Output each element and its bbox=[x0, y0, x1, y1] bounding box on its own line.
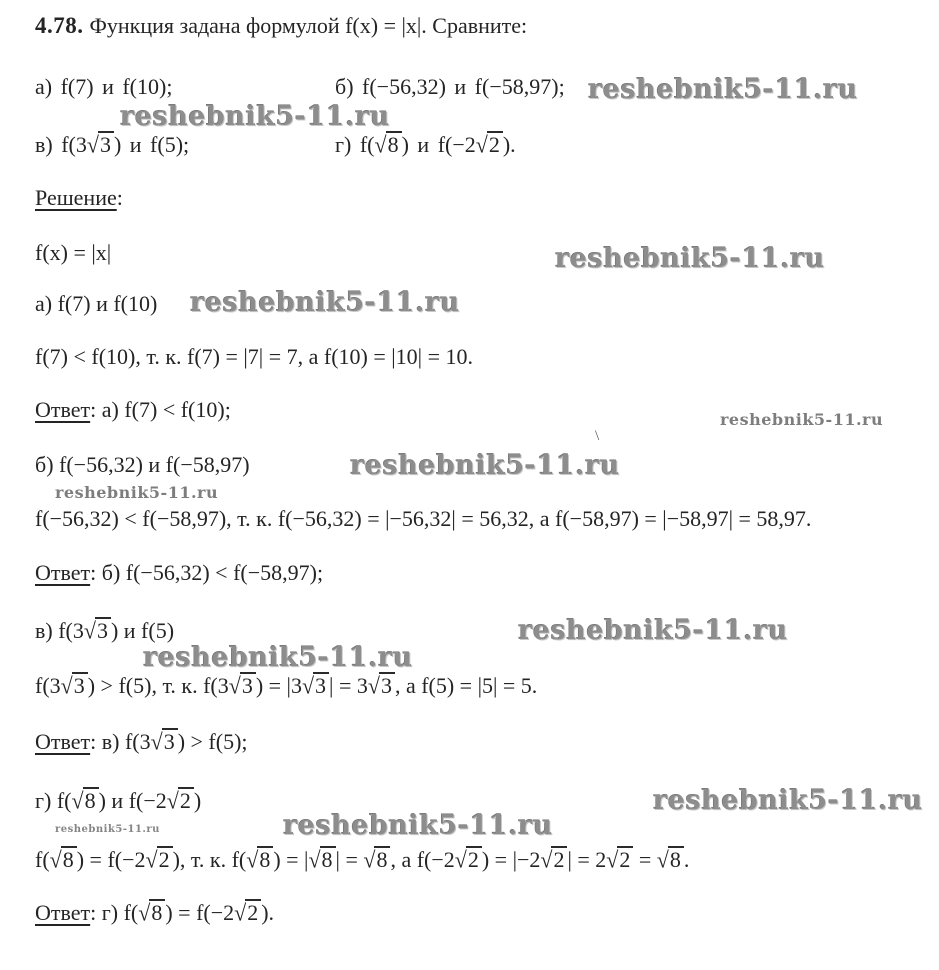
step-v-reasoning: f(3√3) > f(5), т. к. f(3√3) = |3√3| = 3√… bbox=[35, 672, 537, 699]
watermark-8: reshebnik5-11.ru bbox=[518, 615, 788, 646]
step-a-answer: Ответ: а) f(7) < f(10); bbox=[35, 397, 231, 423]
part-v-statement: в) f(3√3) и f(5); bbox=[35, 131, 189, 158]
part-b-statement: б) f(−56,32) и f(−58,97); bbox=[335, 74, 565, 100]
sqrt-expression: √3 bbox=[368, 672, 395, 699]
sqrt-expression: √3 bbox=[61, 672, 88, 699]
watermark-2: reshebnik5-11.ru bbox=[120, 101, 390, 132]
sqrt-expression: √3 bbox=[151, 728, 178, 755]
problem-statement: Функция задана формулой f(x) = |x|. Срав… bbox=[90, 13, 528, 38]
watermark-6: reshebnik5-11.ru bbox=[350, 450, 620, 481]
sqrt-expression: √3 bbox=[87, 131, 114, 158]
sqrt-expression: √2 bbox=[476, 131, 503, 158]
watermark-9: reshebnik5-11.ru bbox=[143, 642, 413, 673]
step-b-answer: Ответ: б) f(−56,32) < f(−58,97); bbox=[35, 560, 323, 586]
step-b-given: б) f(−56,32) и f(−58,97) bbox=[35, 452, 250, 478]
sqrt-expression: √8 bbox=[246, 846, 273, 873]
watermark-11: reshebnik5-11.ru bbox=[283, 810, 553, 841]
part-g-statement: г) f(√8) и f(−2√2). bbox=[335, 131, 516, 158]
watermark-10: reshebnik5-11.ru bbox=[653, 785, 923, 816]
watermark-7: reshebnik5-11.ru bbox=[55, 483, 218, 502]
sqrt-expression: √2 bbox=[540, 846, 567, 873]
problem-row-vg: в) f(3√3) и f(5); г) f(√8) и f(−2√2). bbox=[35, 131, 915, 158]
sqrt-expression: √8 bbox=[138, 899, 165, 926]
watermark-1: reshebnik5-11.ru bbox=[588, 74, 858, 105]
step-a-reasoning: f(7) < f(10), т. к. f(7) = |7| = 7, а f(… bbox=[35, 344, 473, 370]
watermark-12: reshebnik5-11.ru bbox=[55, 824, 160, 835]
sqrt-expression: √8 bbox=[308, 846, 335, 873]
sqrt-expression: √2 bbox=[167, 787, 194, 814]
sqrt-expression: √8 bbox=[363, 846, 390, 873]
sqrt-expression: √2 bbox=[234, 899, 261, 926]
sqrt-expression: √2 bbox=[146, 846, 173, 873]
watermark-3: reshebnik5-11.ru bbox=[555, 243, 825, 274]
function-definition: f(x) = |x| bbox=[35, 240, 111, 266]
problem-header: 4.78.Функция задана формулой f(x) = |x|.… bbox=[35, 13, 527, 39]
problem-number: 4.78. bbox=[35, 13, 84, 38]
sqrt-expression: √8 bbox=[657, 846, 684, 873]
sqrt-expression: √8 bbox=[72, 787, 99, 814]
step-v-given: в) f(3√3) и f(5) bbox=[35, 617, 174, 644]
sqrt-expression: √3 bbox=[84, 617, 111, 644]
sqrt-expression: √8 bbox=[50, 846, 77, 873]
step-v-answer: Ответ: в) f(3√3) > f(5); bbox=[35, 728, 248, 755]
sqrt-expression: √2 bbox=[455, 846, 482, 873]
part-a-statement: а) f(7) и f(10); bbox=[35, 74, 172, 100]
solution-heading: Решение: bbox=[35, 185, 123, 211]
sqrt-expression: √8 bbox=[375, 131, 402, 158]
watermark-4: reshebnik5-11.ru bbox=[190, 287, 460, 318]
watermark-5: reshebnik5-11.ru bbox=[720, 410, 883, 429]
sqrt-expression: √2 bbox=[606, 846, 633, 873]
sqrt-expression: √3 bbox=[302, 672, 329, 699]
step-a-given: а) f(7) и f(10) bbox=[35, 291, 157, 317]
solution-page: 4.78.Функция задана формулой f(x) = |x|.… bbox=[0, 0, 939, 970]
step-b-reasoning: f(−56,32) < f(−58,97), т. к. f(−56,32) =… bbox=[35, 506, 811, 532]
step-g-reasoning: f(√8) = f(−2√2), т. к. f(√8) = |√8| = √8… bbox=[35, 846, 689, 873]
scan-stray-mark: \ bbox=[595, 428, 599, 445]
step-g-given: г) f(√8) и f(−2√2) bbox=[35, 787, 201, 814]
sqrt-expression: √3 bbox=[229, 672, 256, 699]
step-g-answer: Ответ: г) f(√8) = f(−2√2). bbox=[35, 899, 274, 926]
